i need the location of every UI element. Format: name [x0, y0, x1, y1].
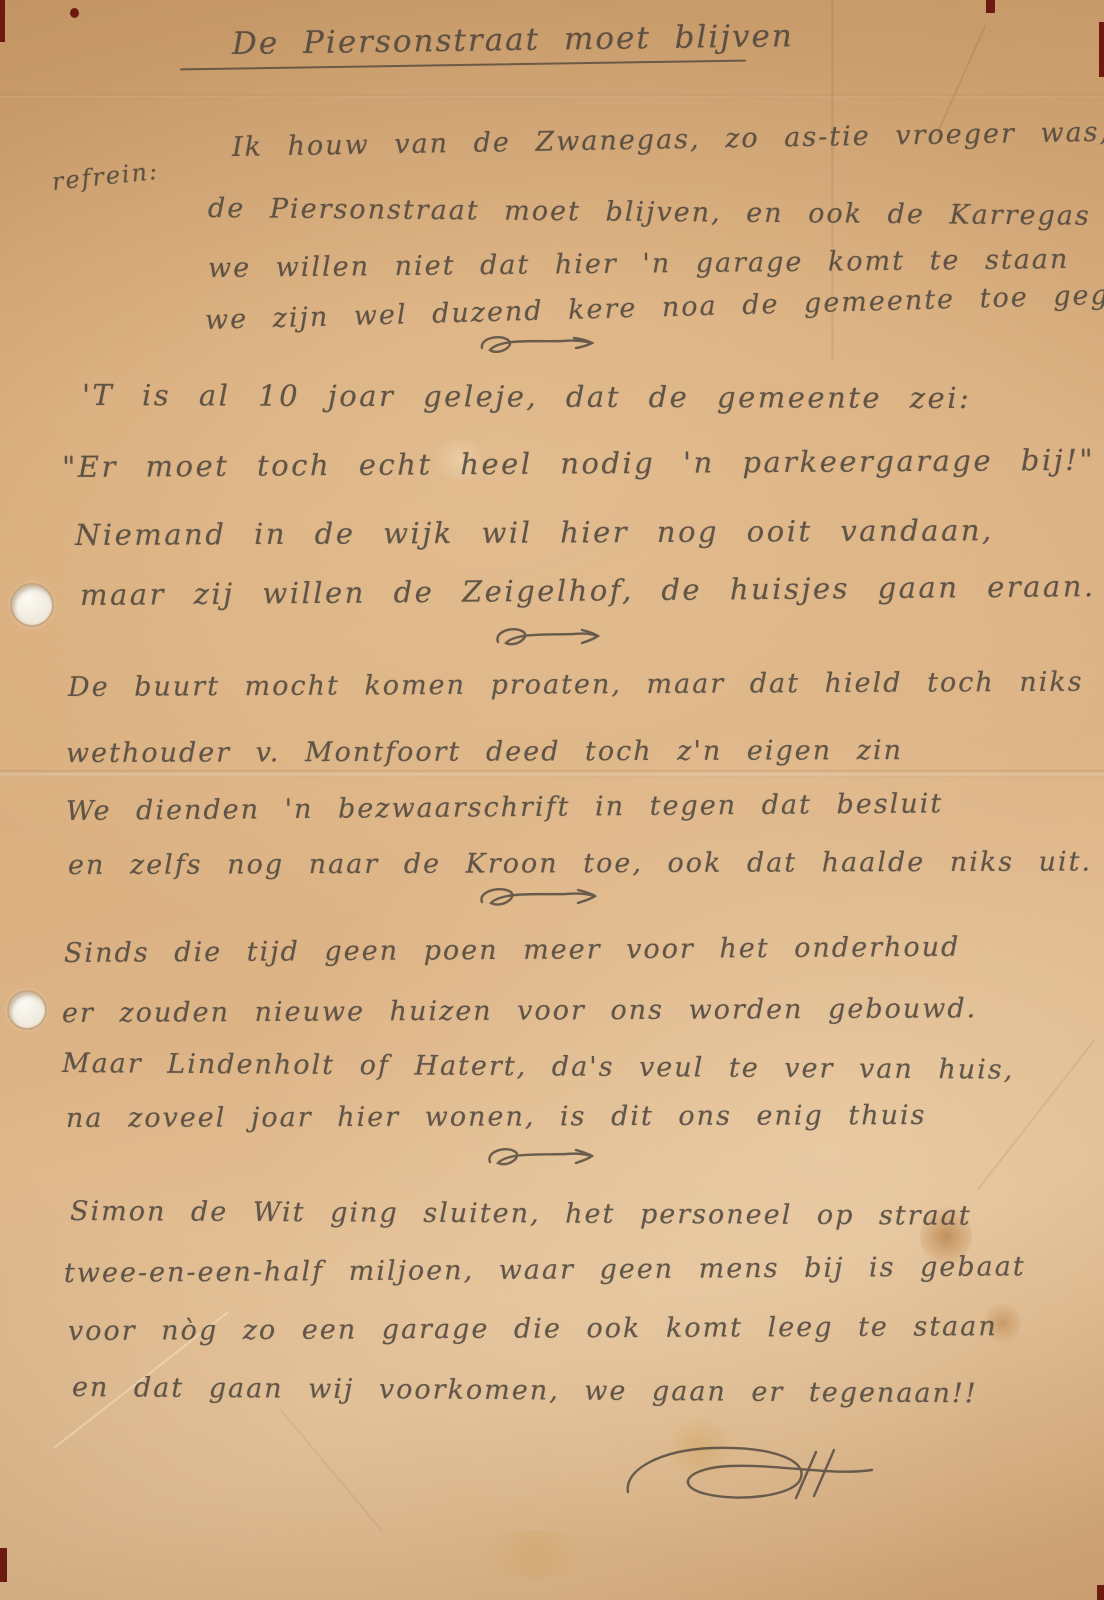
song-line: Ik houw van de Zwanegas, zo as-tie vroeg…	[232, 117, 1104, 163]
scanned-paper: De Piersonstraat moet blijven refrein: I…	[0, 0, 1104, 1600]
scan-edge-mark	[1099, 22, 1104, 77]
song-line: De buurt mocht komen proaten, maar dat h…	[68, 666, 1104, 703]
refrain-label: refrein:	[51, 157, 161, 196]
verse-divider-flourish	[484, 1142, 596, 1179]
closing-flourish	[620, 1432, 920, 1532]
verse-divider-flourish	[476, 882, 601, 919]
fold-crease	[279, 1408, 383, 1532]
song-line: en dat gaan wij voorkomen, we gaan er te…	[72, 1372, 978, 1409]
fold-crease	[0, 94, 1104, 97]
scan-edge-mark	[1097, 1585, 1104, 1600]
song-line: "Er moet toch echt heel nodig 'n parkeer…	[62, 443, 1095, 484]
song-line: maar zij willen de Zeigelhof, de huisjes…	[80, 569, 1096, 612]
song-line: Simon de Wit ging sluiten, het personeel…	[70, 1196, 972, 1232]
song-line: Sinds die tijd geen poen meer voor het o…	[64, 932, 961, 969]
song-line: 'T is al 10 joar geleje, dat de gemeente…	[82, 378, 971, 415]
punch-hole	[12, 585, 52, 625]
song-line: Niemand in de wijk wil hier nog ooit van…	[75, 513, 994, 552]
song-line: Maar Lindenholt of Hatert, da's veul te …	[62, 1048, 1014, 1086]
song-line: wethouder v. Montfoort deed toch z'n eig…	[66, 735, 903, 769]
song-line: voor nòg zo een garage die ook komt leeg…	[68, 1311, 998, 1347]
scan-edge-mark	[986, 0, 995, 13]
scan-edge-mark	[0, 1548, 7, 1582]
scan-edge-mark	[70, 8, 79, 18]
song-line: de Piersonstraat moet blijven, en ook de…	[208, 193, 1091, 232]
song-line: na zoveel joar hier wonen, is dit ons en…	[66, 1100, 927, 1134]
song-line: twee-en-een-half miljoen, waar geen mens…	[64, 1251, 1026, 1289]
song-line: we zijn wel duzend kere noa de gemeente …	[205, 278, 1104, 336]
punch-hole	[9, 992, 45, 1028]
song-line: er zouden nieuwe huizen voor ons worden …	[62, 993, 977, 1029]
song-line: en zelfs nog naar de Kroon toe, ook dat …	[68, 846, 1092, 881]
page-title: De Piersonstraat moet blijven	[232, 18, 794, 62]
fold-crease	[0, 770, 1104, 777]
stain	[470, 1530, 600, 1578]
song-line: We dienden 'n bezwaarschrift in tegen da…	[66, 788, 943, 827]
verse-divider-flourish	[478, 330, 596, 365]
song-line: we willen niet dat hier 'n garage komt t…	[208, 244, 1070, 284]
scan-edge-mark	[0, 0, 5, 42]
verse-divider-flourish	[492, 622, 602, 659]
